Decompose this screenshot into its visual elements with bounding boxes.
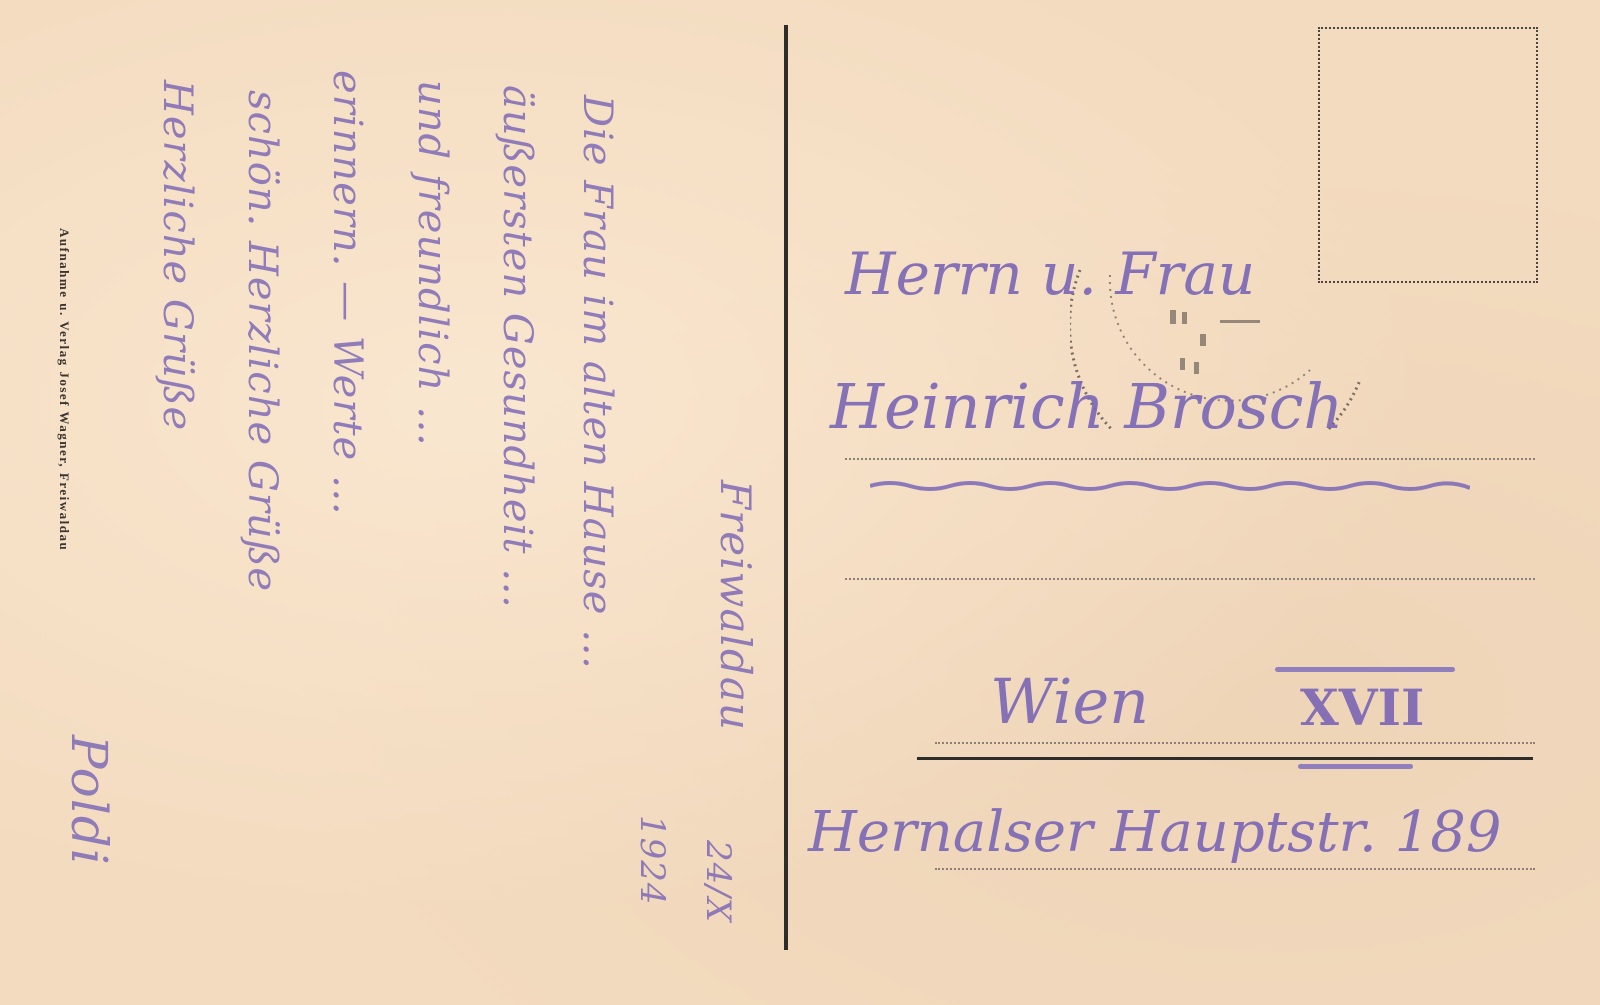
postcard: Aufnahme u. Verlag Josef Wagner, Freiwal…: [0, 0, 1600, 1005]
place-name: Freiwaldau: [711, 480, 760, 731]
address-district: XVII: [1300, 678, 1424, 737]
message-line: erinnern. — Werte …: [324, 70, 370, 516]
address-guide-line: [935, 868, 1535, 870]
date-year: 1924: [632, 815, 672, 906]
signature: Poldi: [60, 735, 118, 866]
address-street: Hernalser Hauptstr. 189: [808, 800, 1502, 865]
message-line: äußersten Gesundheit …: [494, 85, 540, 609]
center-divider: [784, 25, 788, 950]
publisher-imprint: Aufnahme u. Verlag Josef Wagner, Freiwal…: [56, 228, 72, 551]
stamp-box: [1318, 27, 1538, 283]
message-line: Herzliche Grüße: [154, 80, 200, 459]
name-underline: [870, 478, 1470, 494]
address-guide-line: [845, 578, 1535, 580]
address-city: Wien: [990, 665, 1149, 738]
message-line: und freundlich …: [409, 80, 455, 447]
district-underline: [1298, 764, 1413, 769]
message-line: schön. Herzliche Grüße: [239, 90, 285, 592]
address-guide-line: [935, 742, 1535, 744]
address-guide-line: [845, 458, 1535, 460]
district-overline: [1275, 667, 1455, 672]
date-day-month: 24/X: [698, 840, 738, 923]
message-line: Die Frau im alten Hause …: [574, 95, 620, 670]
address-name: Heinrich Brosch: [830, 370, 1343, 443]
address-salutation: Herrn u. Frau: [845, 240, 1255, 308]
city-rule-line: [917, 757, 1533, 760]
